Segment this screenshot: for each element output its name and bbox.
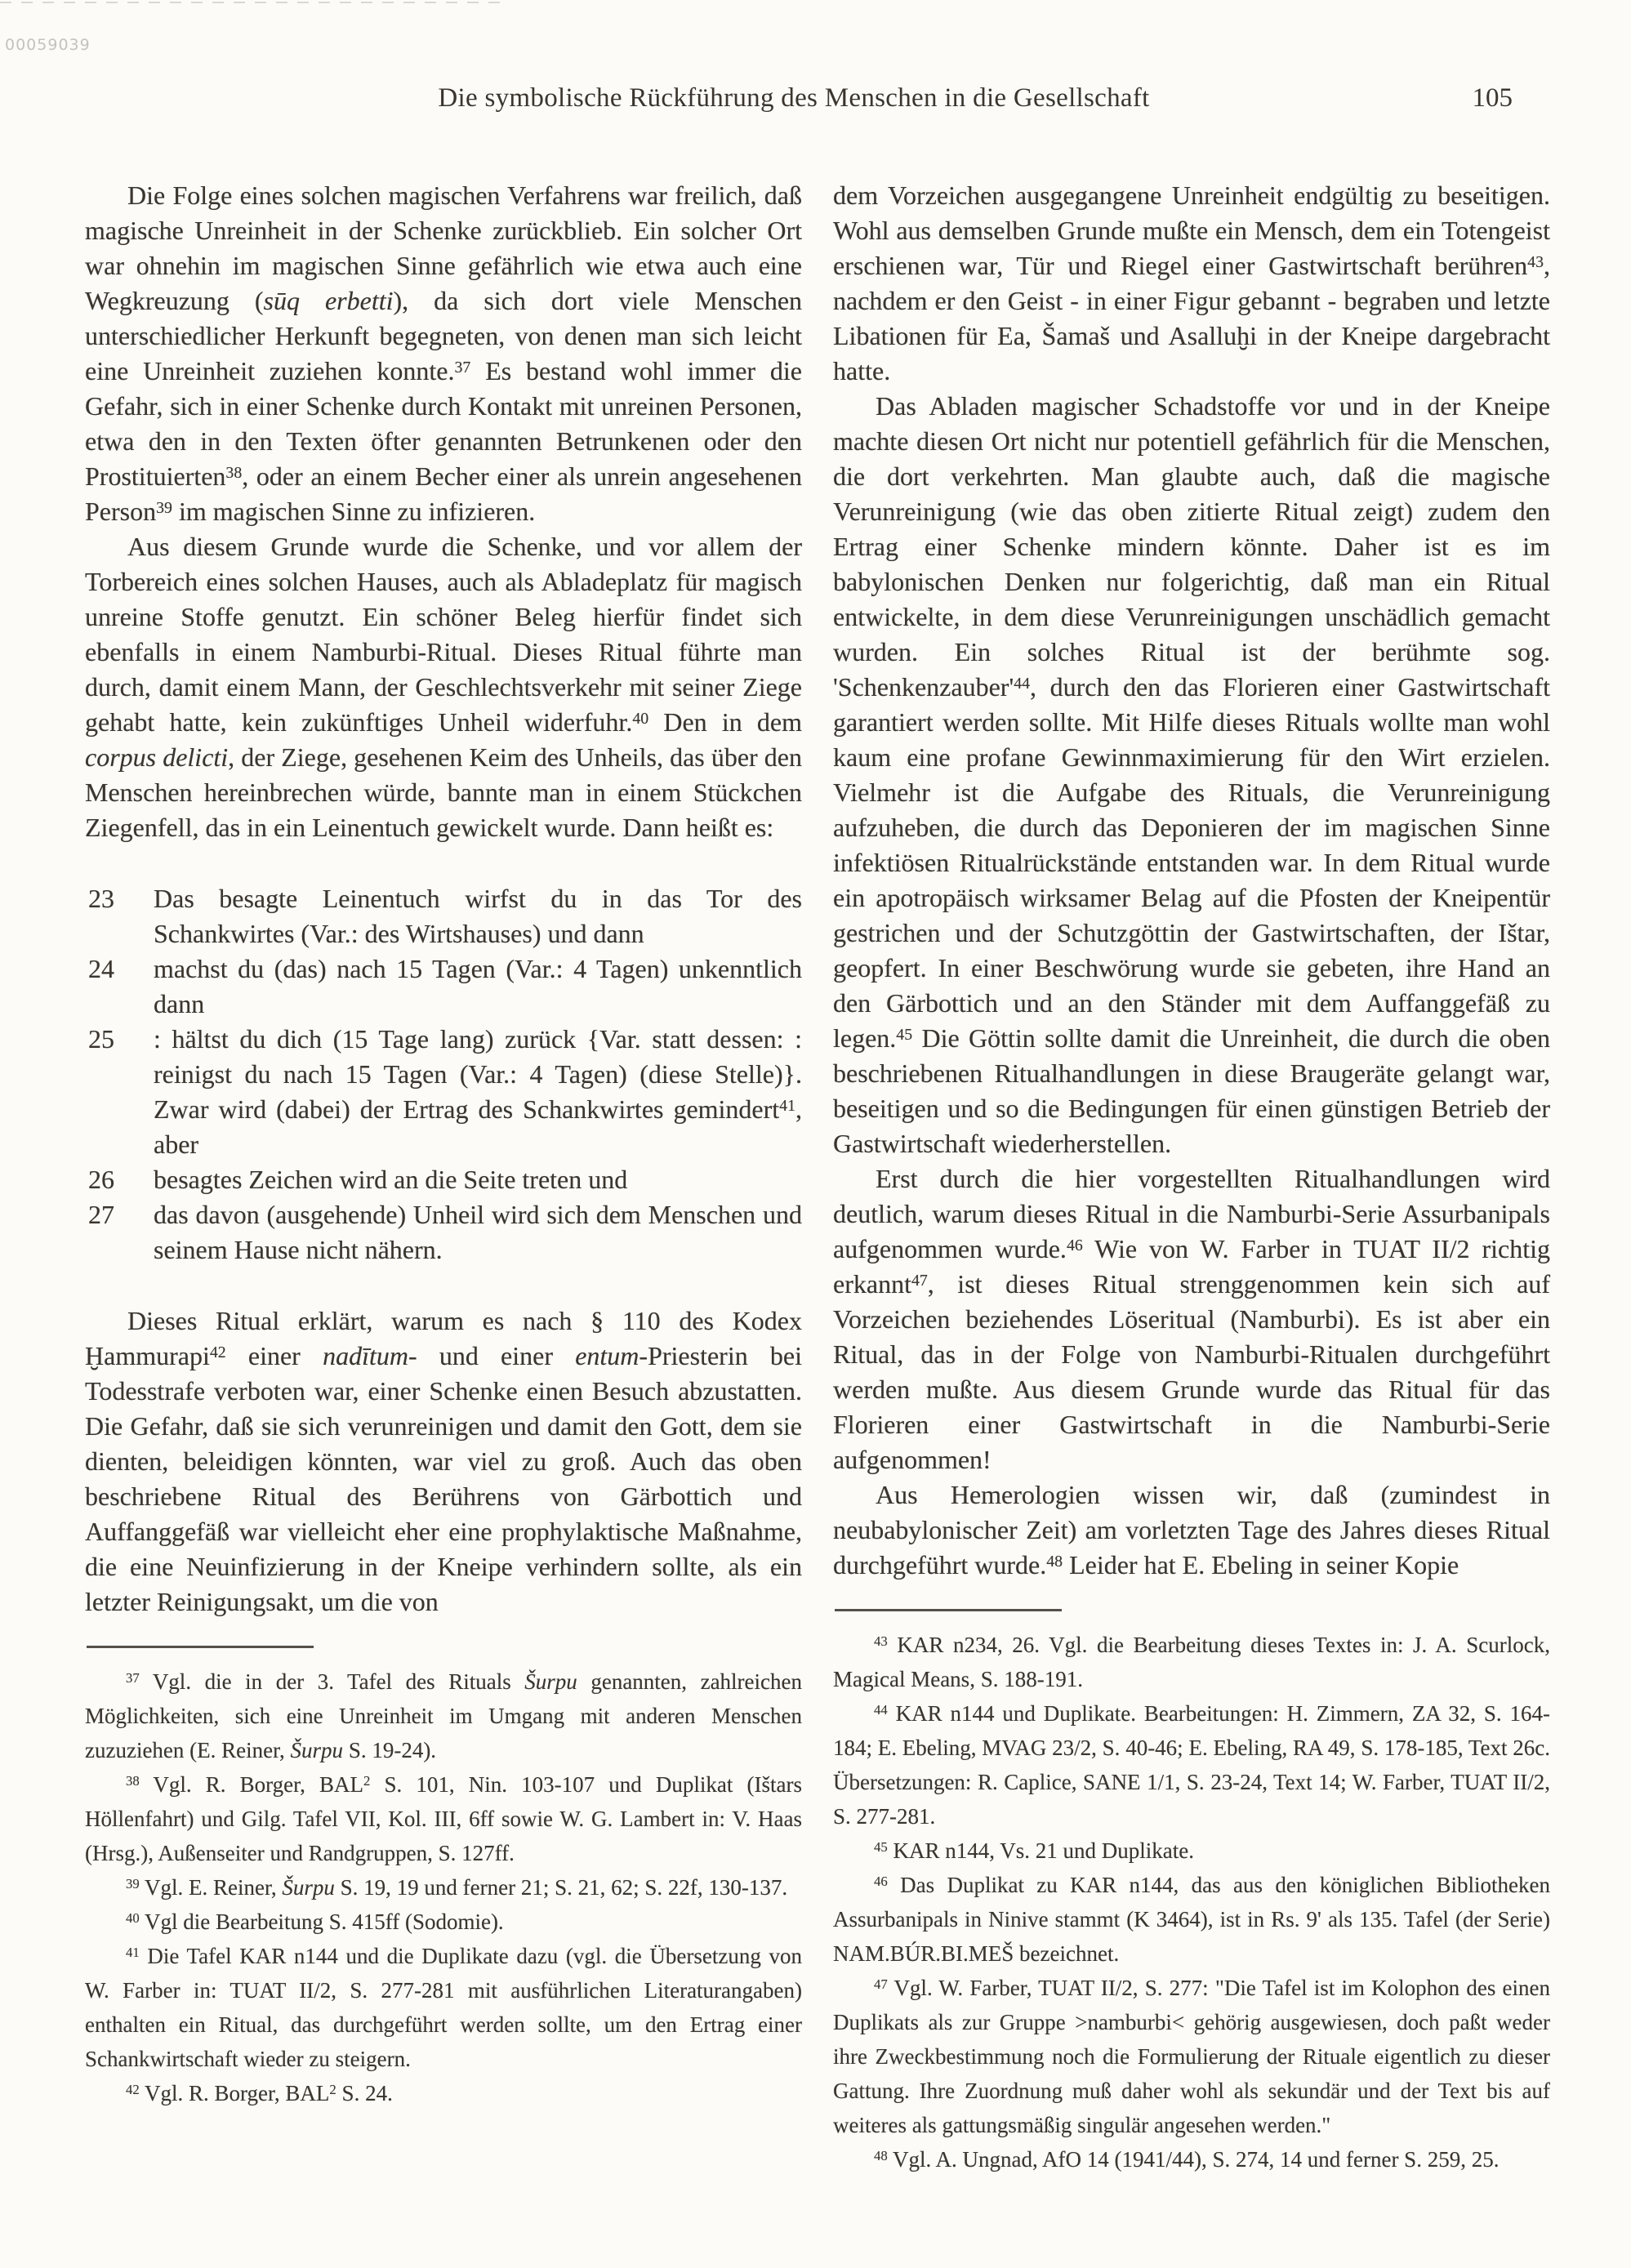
footnote-number: 44	[874, 1702, 888, 1718]
text-columns: Die Folge eines solchen magischen Verfah…	[85, 178, 1550, 2177]
list-item-text: das davon (ausgehende) Unheil wird sich …	[154, 1200, 802, 1264]
footnote-number: 38	[126, 1773, 140, 1789]
list-item-text: : hältst du dich (15 Tage lang) zurück {…	[154, 1024, 802, 1159]
footnote-number: 46	[874, 1874, 888, 1889]
footnote-marker: 2	[329, 2082, 336, 2097]
running-title: Die symbolische Rückführung des Menschen…	[85, 83, 1503, 114]
scan-edge-artifact	[0, 2, 506, 3]
footnote: 44 KAR n144 und Duplikate. Bearbeitungen…	[833, 1696, 1550, 1834]
scan-number: 00059039	[5, 36, 91, 54]
footnote-marker: 43	[1527, 253, 1544, 271]
paragraph: Aus Hemerologien wissen wir, daß (zumind…	[833, 1477, 1550, 1583]
footnote-marker: 37	[455, 359, 471, 377]
list-item: 23Das besagte Leinentuch wirfst du in da…	[85, 881, 802, 951]
paragraph: Aus diesem Grunde wurde die Schenke, und…	[85, 529, 802, 845]
paragraph: Das Abladen magischer Schadstoffe vor un…	[833, 389, 1550, 1161]
footnote: 40 Vgl die Bearbeitung S. 415ff (Sodomie…	[85, 1905, 802, 1939]
footnote: 41 Die Tafel KAR n144 und die Duplikate …	[85, 1939, 802, 2076]
line-number: 24	[88, 951, 114, 987]
footnote-number: 37	[126, 1670, 140, 1686]
footnote: 38 Vgl. R. Borger, BAL2 S. 101, Nin. 103…	[85, 1767, 802, 1870]
footnote-marker: 38	[225, 464, 242, 482]
footnote-number: 42	[126, 2082, 140, 2097]
list-item: 25: hältst du dich (15 Tage lang) zurück…	[85, 1022, 802, 1162]
book-page: 00059039 Die symbolische Rückführung des…	[0, 0, 1631, 2268]
list-item-text: besagtes Zeichen wird an die Seite trete…	[154, 1165, 627, 1194]
left-column: Die Folge eines solchen magischen Verfah…	[85, 178, 802, 2110]
list-item-text: Das besagte Leinentuch wirfst du in das …	[154, 884, 802, 948]
page-header: Die symbolische Rückführung des Menschen…	[85, 83, 1550, 126]
paragraph: Dieses Ritual erklärt, warum es nach § 1…	[85, 1303, 802, 1620]
paragraph: dem Vorzeichen ausgegangene Unreinheit e…	[833, 178, 1550, 389]
footnote: 43 KAR n234, 26. Vgl. die Bearbeitung di…	[833, 1628, 1550, 1696]
footnote-number: 41	[126, 1945, 140, 1960]
footnote: 47 Vgl. W. Farber, TUAT II/2, S. 277: "D…	[833, 1971, 1550, 2142]
line-number: 25	[88, 1022, 114, 1057]
footnote-marker: 40	[632, 710, 648, 728]
footnote: 46 Das Duplikat zu KAR n144, das aus den…	[833, 1868, 1550, 1971]
footnote-marker: 46	[1067, 1236, 1083, 1254]
list-item-text: machst du (das) nach 15 Tagen (Var.: 4 T…	[154, 954, 802, 1018]
line-number: 26	[88, 1162, 114, 1197]
footnote-number: 47	[874, 1976, 888, 1992]
page-number: 105	[1473, 83, 1513, 114]
right-column: dem Vorzeichen ausgegangene Unreinheit e…	[833, 178, 1550, 2177]
list-item: 24machst du (das) nach 15 Tagen (Var.: 4…	[85, 951, 802, 1022]
footnote-marker: 48	[1046, 1553, 1063, 1571]
footnote-marker: 44	[1014, 675, 1030, 693]
footnote-number: 43	[874, 1633, 888, 1649]
footnote-marker: 39	[156, 499, 172, 517]
footnote: 42 Vgl. R. Borger, BAL2 S. 24.	[85, 2076, 802, 2110]
list-item: 26besagtes Zeichen wird an die Seite tre…	[85, 1162, 802, 1197]
footnote-number: 39	[126, 1876, 140, 1891]
footnote-rule	[835, 1609, 1062, 1611]
footnote-number: 40	[126, 1910, 140, 1926]
list-item: 27das davon (ausgehende) Unheil wird sic…	[85, 1197, 802, 1268]
line-number: 23	[88, 881, 114, 916]
footnote-marker: 45	[896, 1026, 912, 1044]
footnote-marker: 47	[911, 1272, 928, 1290]
footnote-number: 48	[874, 2148, 888, 2163]
footnote: 45 KAR n144, Vs. 21 und Duplikate.	[833, 1834, 1550, 1868]
footnote: 37 Vgl. die in der 3. Tafel des Rituals …	[85, 1664, 802, 1767]
paragraph: Erst durch die hier vorgestellten Ritual…	[833, 1161, 1550, 1477]
paragraph: Die Folge eines solchen magischen Verfah…	[85, 178, 802, 529]
footnote-marker: 2	[363, 1773, 370, 1789]
footnote-marker: 41	[779, 1097, 795, 1115]
line-number: 27	[88, 1197, 114, 1232]
footnote-number: 45	[874, 1839, 888, 1855]
footnote-marker: 42	[210, 1343, 226, 1361]
footnote: 48 Vgl. A. Ungnad, AfO 14 (1941/44), S. …	[833, 2142, 1550, 2177]
footnote: 39 Vgl. E. Reiner, Šurpu S. 19, 19 und f…	[85, 1870, 802, 1905]
footnote-rule	[87, 1646, 314, 1648]
ritual-quotation-list: 23Das besagte Leinentuch wirfst du in da…	[85, 881, 802, 1268]
